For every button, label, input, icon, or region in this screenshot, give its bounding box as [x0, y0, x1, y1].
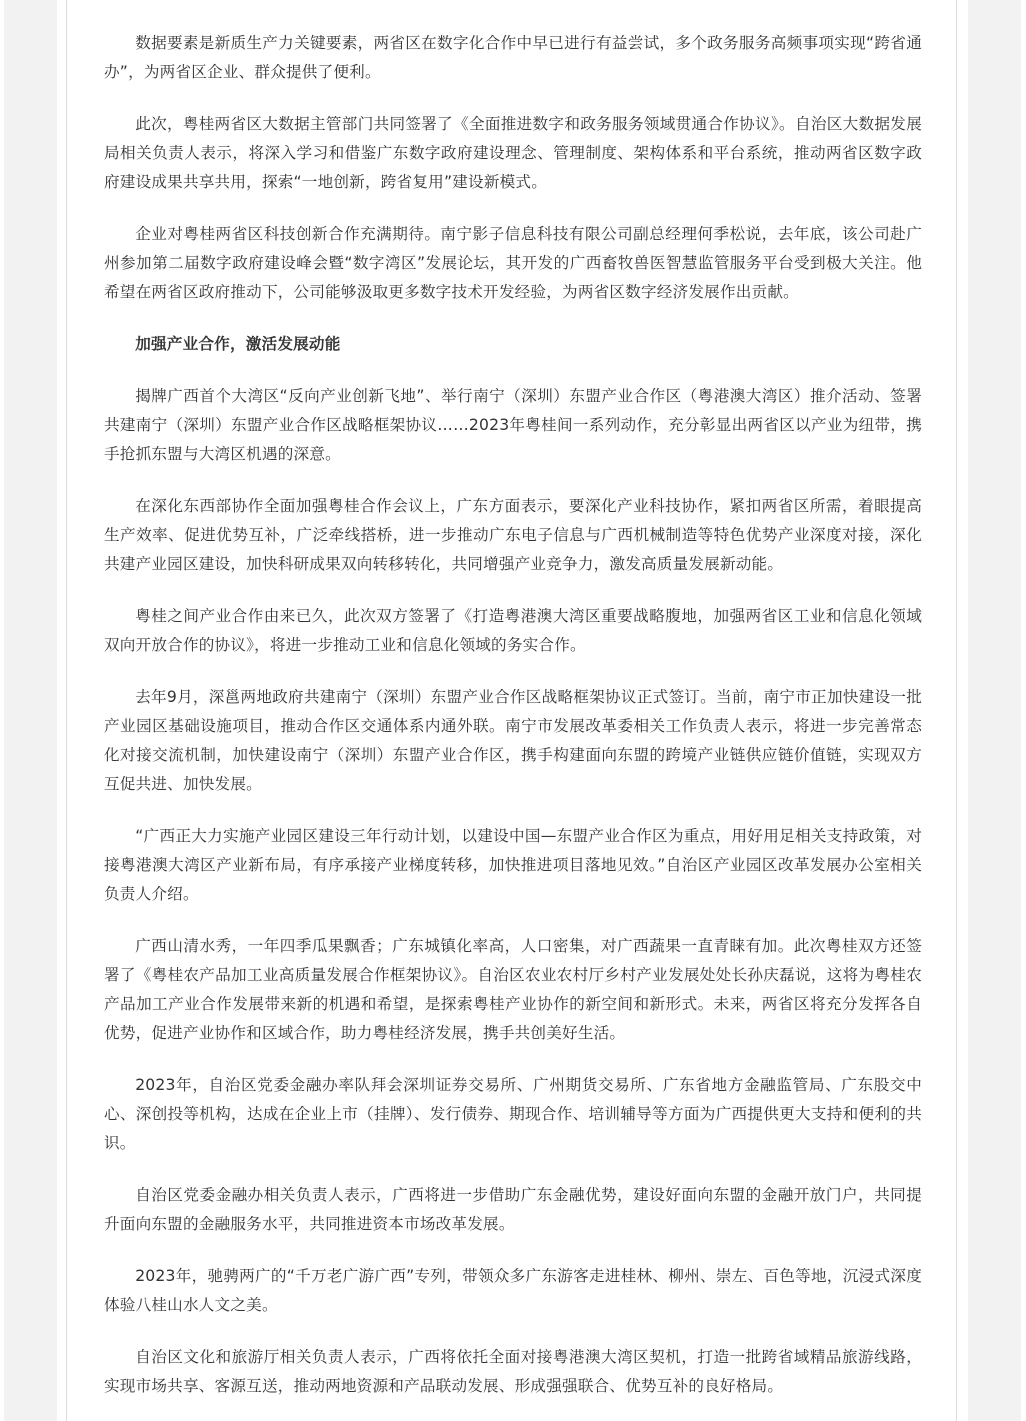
paragraph-enterprise-expectations: 企业对粤桂两省区科技创新合作充满期待。南宁影子信息科技有限公司副总经理何季松说，…: [104, 220, 922, 307]
right-page-gutter: [968, 0, 1021, 1421]
paragraph-digital-elements: 数据要素是新质生产力关键要素，两省区在数字化合作中早已进行有益尝试，多个政务服务…: [104, 29, 922, 87]
left-page-gutter: [4, 0, 57, 1421]
article-body: 数据要素是新质生产力关键要素，两省区在数字化合作中早已进行有益尝试，多个政务服务…: [104, 29, 922, 1421]
paragraph-finance-gateway: 自治区党委金融办相关负责人表示，广西将进一步借助广东金融优势，建设好面向东盟的金…: [104, 1181, 922, 1239]
paragraph-reverse-enclave: 揭牌广西首个大湾区“反向产业创新飞地”、举行南宁（深圳）东盟产业合作区（粤港澳大…: [104, 382, 922, 469]
section-heading-industry-cooperation: 加强产业合作，激活发展动能: [104, 330, 922, 359]
paragraph-tourism-train: 2023年，驰骋两广的“千万老广游广西”专列，带领众多广东游客走进桂林、柳州、崇…: [104, 1262, 922, 1320]
paragraph-big-data-agreement: 此次，粤桂两省区大数据主管部门共同签署了《全面推进数字和政务服务领域贯通合作协议…: [104, 110, 922, 197]
article-panel: 数据要素是新质生产力关键要素，两省区在数字化合作中早已进行有益尝试，多个政务服务…: [66, 0, 957, 1421]
paragraph-industrial-park-plan: “广西正大力实施产业园区建设三年行动计划，以建设中国—东盟产业合作区为重点，用好…: [104, 822, 922, 909]
paragraph-agricultural-products: 广西山清水秀，一年四季瓜果飘香；广东城镇化率高，人口密集，对广西蔬果一直青睐有加…: [104, 932, 922, 1048]
paragraph-finance-visit: 2023年，自治区党委金融办率队拜会深圳证券交易所、广州期货交易所、广东省地方金…: [104, 1071, 922, 1158]
paragraph-east-west-cooperation: 在深化东西部协作全面加强粤桂合作会议上，广东方面表示，要深化产业科技协作，紧扣两…: [104, 492, 922, 579]
paragraph-nanning-shenzhen-zone: 去年9月，深邕两地政府共建南宁（深圳）东盟产业合作区战略框架协议正式签订。当前，…: [104, 683, 922, 799]
paragraph-tourism-routes: 自治区文化和旅游厅相关负责人表示，广西将依托全面对接粤港澳大湾区契机，打造一批跨…: [104, 1343, 922, 1401]
paragraph-industry-it-agreement: 粤桂之间产业合作由来已久，此次双方签署了《打造粤港澳大湾区重要战略腹地，加强两省…: [104, 602, 922, 660]
